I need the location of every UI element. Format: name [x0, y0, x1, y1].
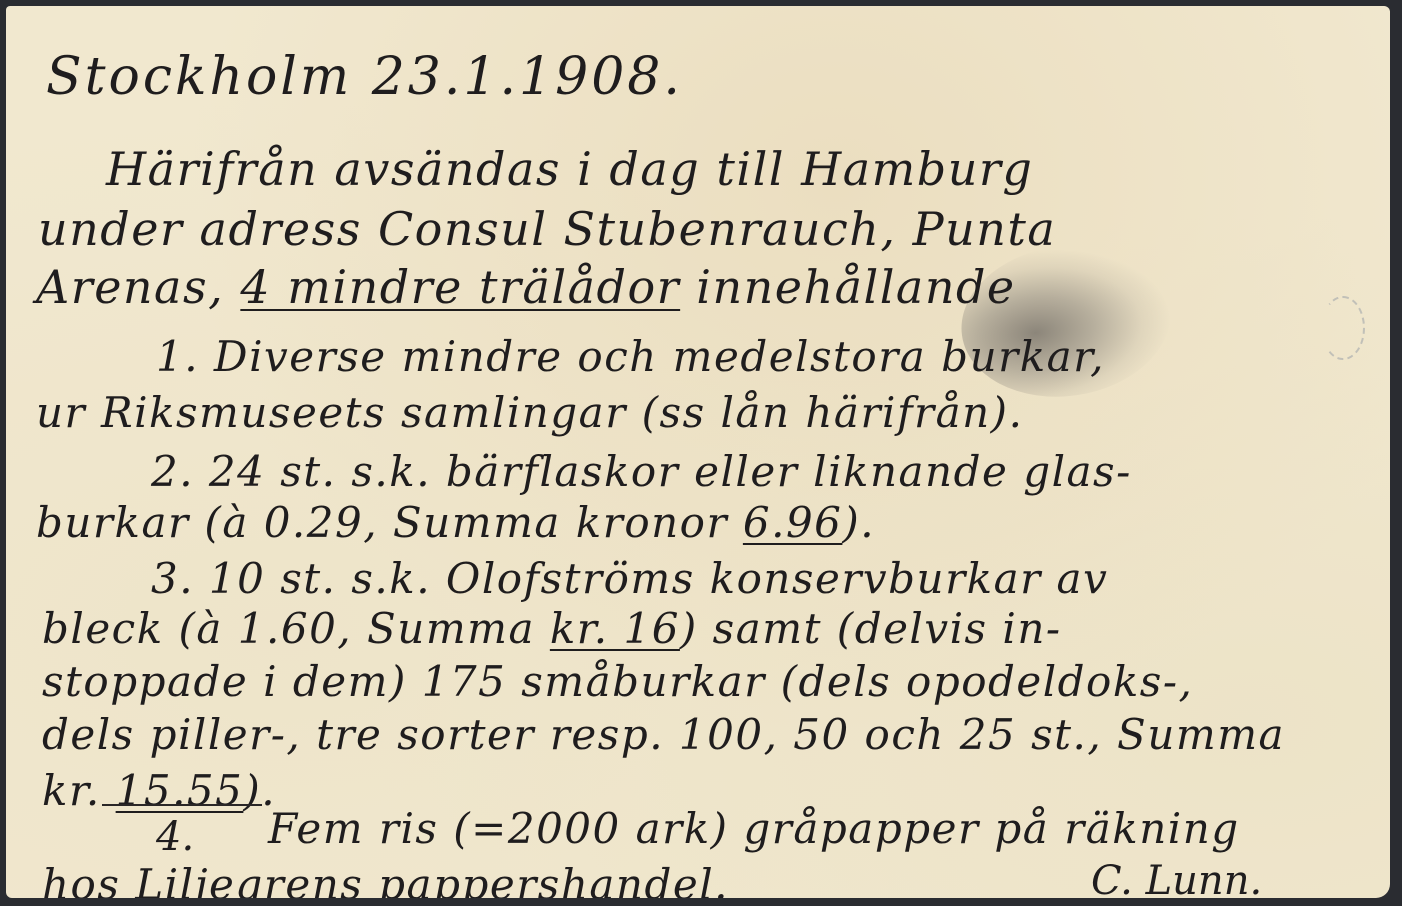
text-contents: innehållande	[680, 260, 1016, 314]
item-3b-prefix: kr.	[42, 766, 116, 815]
underlined-crates: 4 mindre trälådor	[240, 260, 680, 314]
item-4-number: 4.	[156, 814, 194, 860]
item-4-line-b: hos Liljegrens pappershandel.	[42, 864, 729, 898]
item-3-line-c: stoppade i dem) 175 småburkar (dels opod…	[42, 661, 1193, 703]
text-line-1: Härifrån avsändas i dag till Hamburg	[106, 146, 1033, 192]
item-3-close: ) samt (delvis in-	[680, 604, 1062, 653]
text-arenas: Arenas,	[36, 260, 224, 314]
text-line-2: under adress Consul Stubenrauch, Punta	[38, 206, 1056, 252]
place-date-line: Stockholm 23.1.1908.	[46, 51, 683, 103]
item-2-line-a: 2. 24 st. s.k. bärflaskor eller liknande…	[151, 451, 1132, 493]
item-1-line-a: 1. Diverse mindre och medelstora burkar,	[156, 336, 1105, 378]
postmark-stamp	[952, 232, 1181, 410]
text-line-3: Arenas, 4 mindre trälådor innehållande	[36, 264, 1016, 310]
scan-frame: Stockholm 23.1.1908. Härifrån avsändas i…	[0, 0, 1402, 906]
item-2-total: 6.96	[743, 498, 843, 547]
postmark-edge-blue	[1321, 296, 1365, 360]
divider-rule	[102, 804, 262, 806]
item-2-text: burkar (à 0.29, Summa kronor	[36, 498, 743, 547]
item-3-line-d: dels piller-, tre sorter resp. 100, 50 o…	[42, 714, 1285, 756]
item-3-line-b: bleck (à 1.60, Summa kr. 16) samt (delvi…	[42, 608, 1062, 650]
item-3-line-a: 3. 10 st. s.k. Olofströms konservburkar …	[151, 558, 1108, 600]
item-4-line-a: Fem ris (=2000 ark) gråpapper på räkning	[268, 808, 1240, 850]
item-2-line-b: burkar (à 0.29, Summa kronor 6.96).	[36, 502, 875, 544]
item-3-total: kr. 16	[550, 604, 680, 653]
item-1-line-b: ur Riksmuseets samlingar (ss lån härifrå…	[36, 392, 1023, 434]
postcard: Stockholm 23.1.1908. Härifrån avsändas i…	[6, 6, 1390, 898]
item-3b-total: 15.55	[116, 766, 244, 815]
item-3-text: bleck (à 1.60, Summa	[42, 604, 550, 653]
item-2-close: ).	[842, 498, 875, 547]
signature: C. Lunn.	[1091, 858, 1262, 898]
